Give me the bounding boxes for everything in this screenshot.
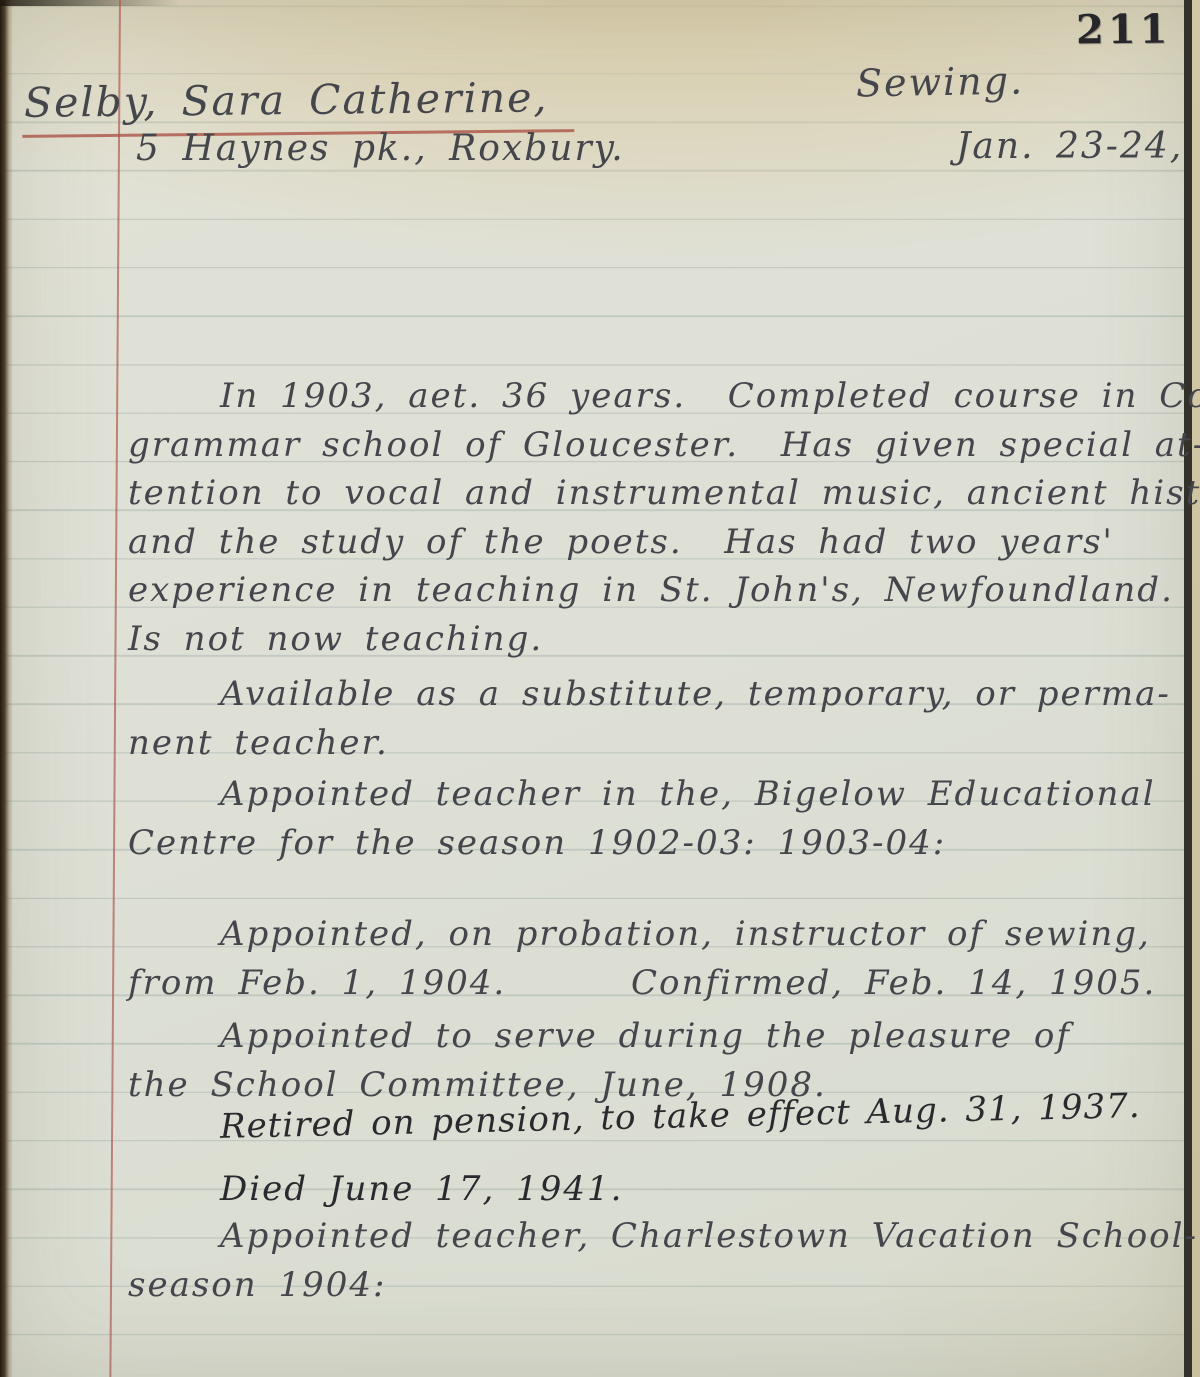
book-binding-edge	[0, 0, 13, 1377]
entry-date: Jan. 23-24, 1903	[956, 126, 1200, 167]
page-number-stamp: 211	[1076, 6, 1172, 54]
text-line: grammar school of Gloucester. Has given …	[128, 421, 1190, 470]
paragraph-retirement: Retired on pension, to take effect Aug. …	[128, 1105, 1190, 1154]
text-line: tention to vocal and instrumental music,…	[128, 469, 1190, 518]
paragraph-bigelow-appointment: Appointed teacher in the, Bigelow Educat…	[128, 770, 1190, 867]
next-page-sliver	[1192, 0, 1200, 1377]
text-line: season 1904:	[128, 1261, 1190, 1310]
red-margin-rule	[109, 0, 121, 1377]
paragraph-biography: In 1903, aet. 36 years. Completed course…	[128, 372, 1190, 663]
page-top-edge	[0, 0, 180, 6]
text-line: and the study of the poets. Has had two …	[128, 518, 1190, 567]
paragraph-availability: Available as a substitute, temporary, or…	[128, 670, 1190, 767]
text-line: Centre for the season 1902-03: 1903-04:	[128, 819, 1190, 868]
paragraph-probation-appointment: Appointed, on probation, instructor of s…	[128, 910, 1190, 1007]
paragraph-death: Died June 17, 1941.	[128, 1165, 1190, 1214]
text-line: Appointed, on probation, instructor of s…	[128, 910, 1190, 959]
entry-name: Selby, Sara Catherine,	[22, 74, 574, 135]
text-line: Died June 17, 1941.	[128, 1165, 1190, 1214]
entry-subject: Sewing.	[856, 59, 1025, 106]
text-line: from Feb. 1, 1904. Confirmed, Feb. 14, 1…	[128, 959, 1190, 1008]
paragraph-vacation-school: Appointed teacher, Charlestown Vacation …	[128, 1212, 1190, 1309]
text-line: nent teacher.	[128, 719, 1190, 768]
ledger-page: 211 Selby, Sara Catherine, 5 Haynes pk.,…	[0, 0, 1200, 1377]
text-line: Appointed to serve during the pleasure o…	[128, 1012, 1190, 1061]
text-line: Appointed teacher in the, Bigelow Educat…	[128, 770, 1190, 819]
text-line: Appointed teacher, Charlestown Vacation …	[128, 1212, 1190, 1261]
text-line: In 1903, aet. 36 years. Completed course…	[128, 372, 1190, 421]
entry-address: 5 Haynes pk., Roxbury.	[136, 128, 625, 169]
text-line: Available as a substitute, temporary, or…	[128, 670, 1190, 719]
text-line: Is not now teaching.	[128, 615, 1190, 664]
text-line: experience in teaching in St. John's, Ne…	[128, 566, 1190, 615]
